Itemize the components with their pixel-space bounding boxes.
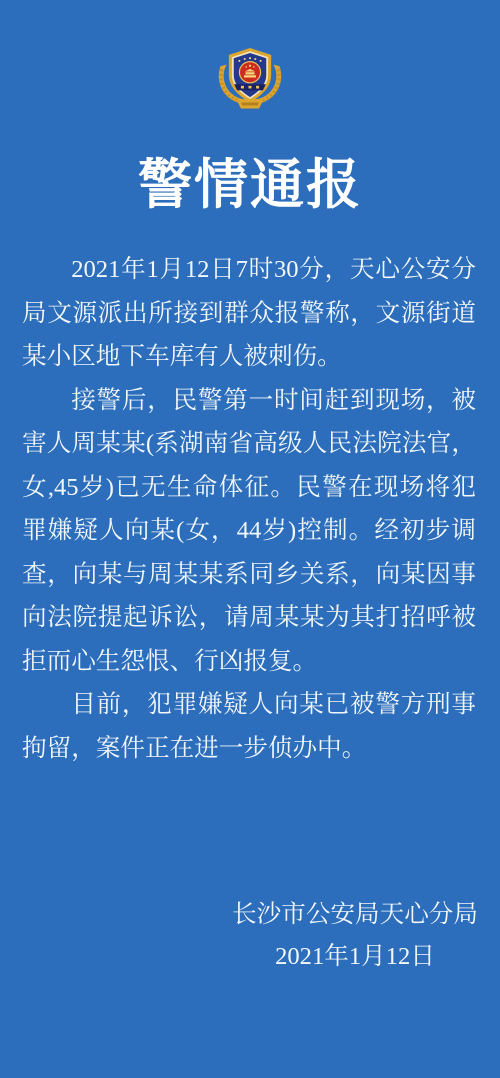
police-notice-page: 警情通报 2021年1月12日7时30分，天心公安分局文源派出所接到群众报警称，… xyxy=(0,0,500,1078)
badge-container xyxy=(0,0,500,110)
notice-title: 警情通报 xyxy=(0,154,500,216)
police-emblem-icon xyxy=(211,42,289,110)
notice-paragraph-3: 目前，犯罪嫌疑人向某已被警方刑事拘留，案件正在进一步侦办中。 xyxy=(22,683,476,770)
notice-paragraph-1: 2021年1月12日7时30分，天心公安分局文源派出所接到群众报警称，文源街道某… xyxy=(22,248,476,379)
notice-body: 2021年1月12日7时30分，天心公安分局文源派出所接到群众报警称，文源街道某… xyxy=(0,248,500,770)
signature-date: 2021年1月12日 xyxy=(232,936,478,978)
signature-block: 长沙市公安局天心分局 2021年1月12日 xyxy=(0,894,500,978)
signature-agency: 长沙市公安局天心分局 xyxy=(232,894,478,936)
notice-paragraph-2: 接警后，民警第一时间赶到现场，被害人周某某(系湖南省高级人民法院法官，女,45岁… xyxy=(22,379,476,684)
